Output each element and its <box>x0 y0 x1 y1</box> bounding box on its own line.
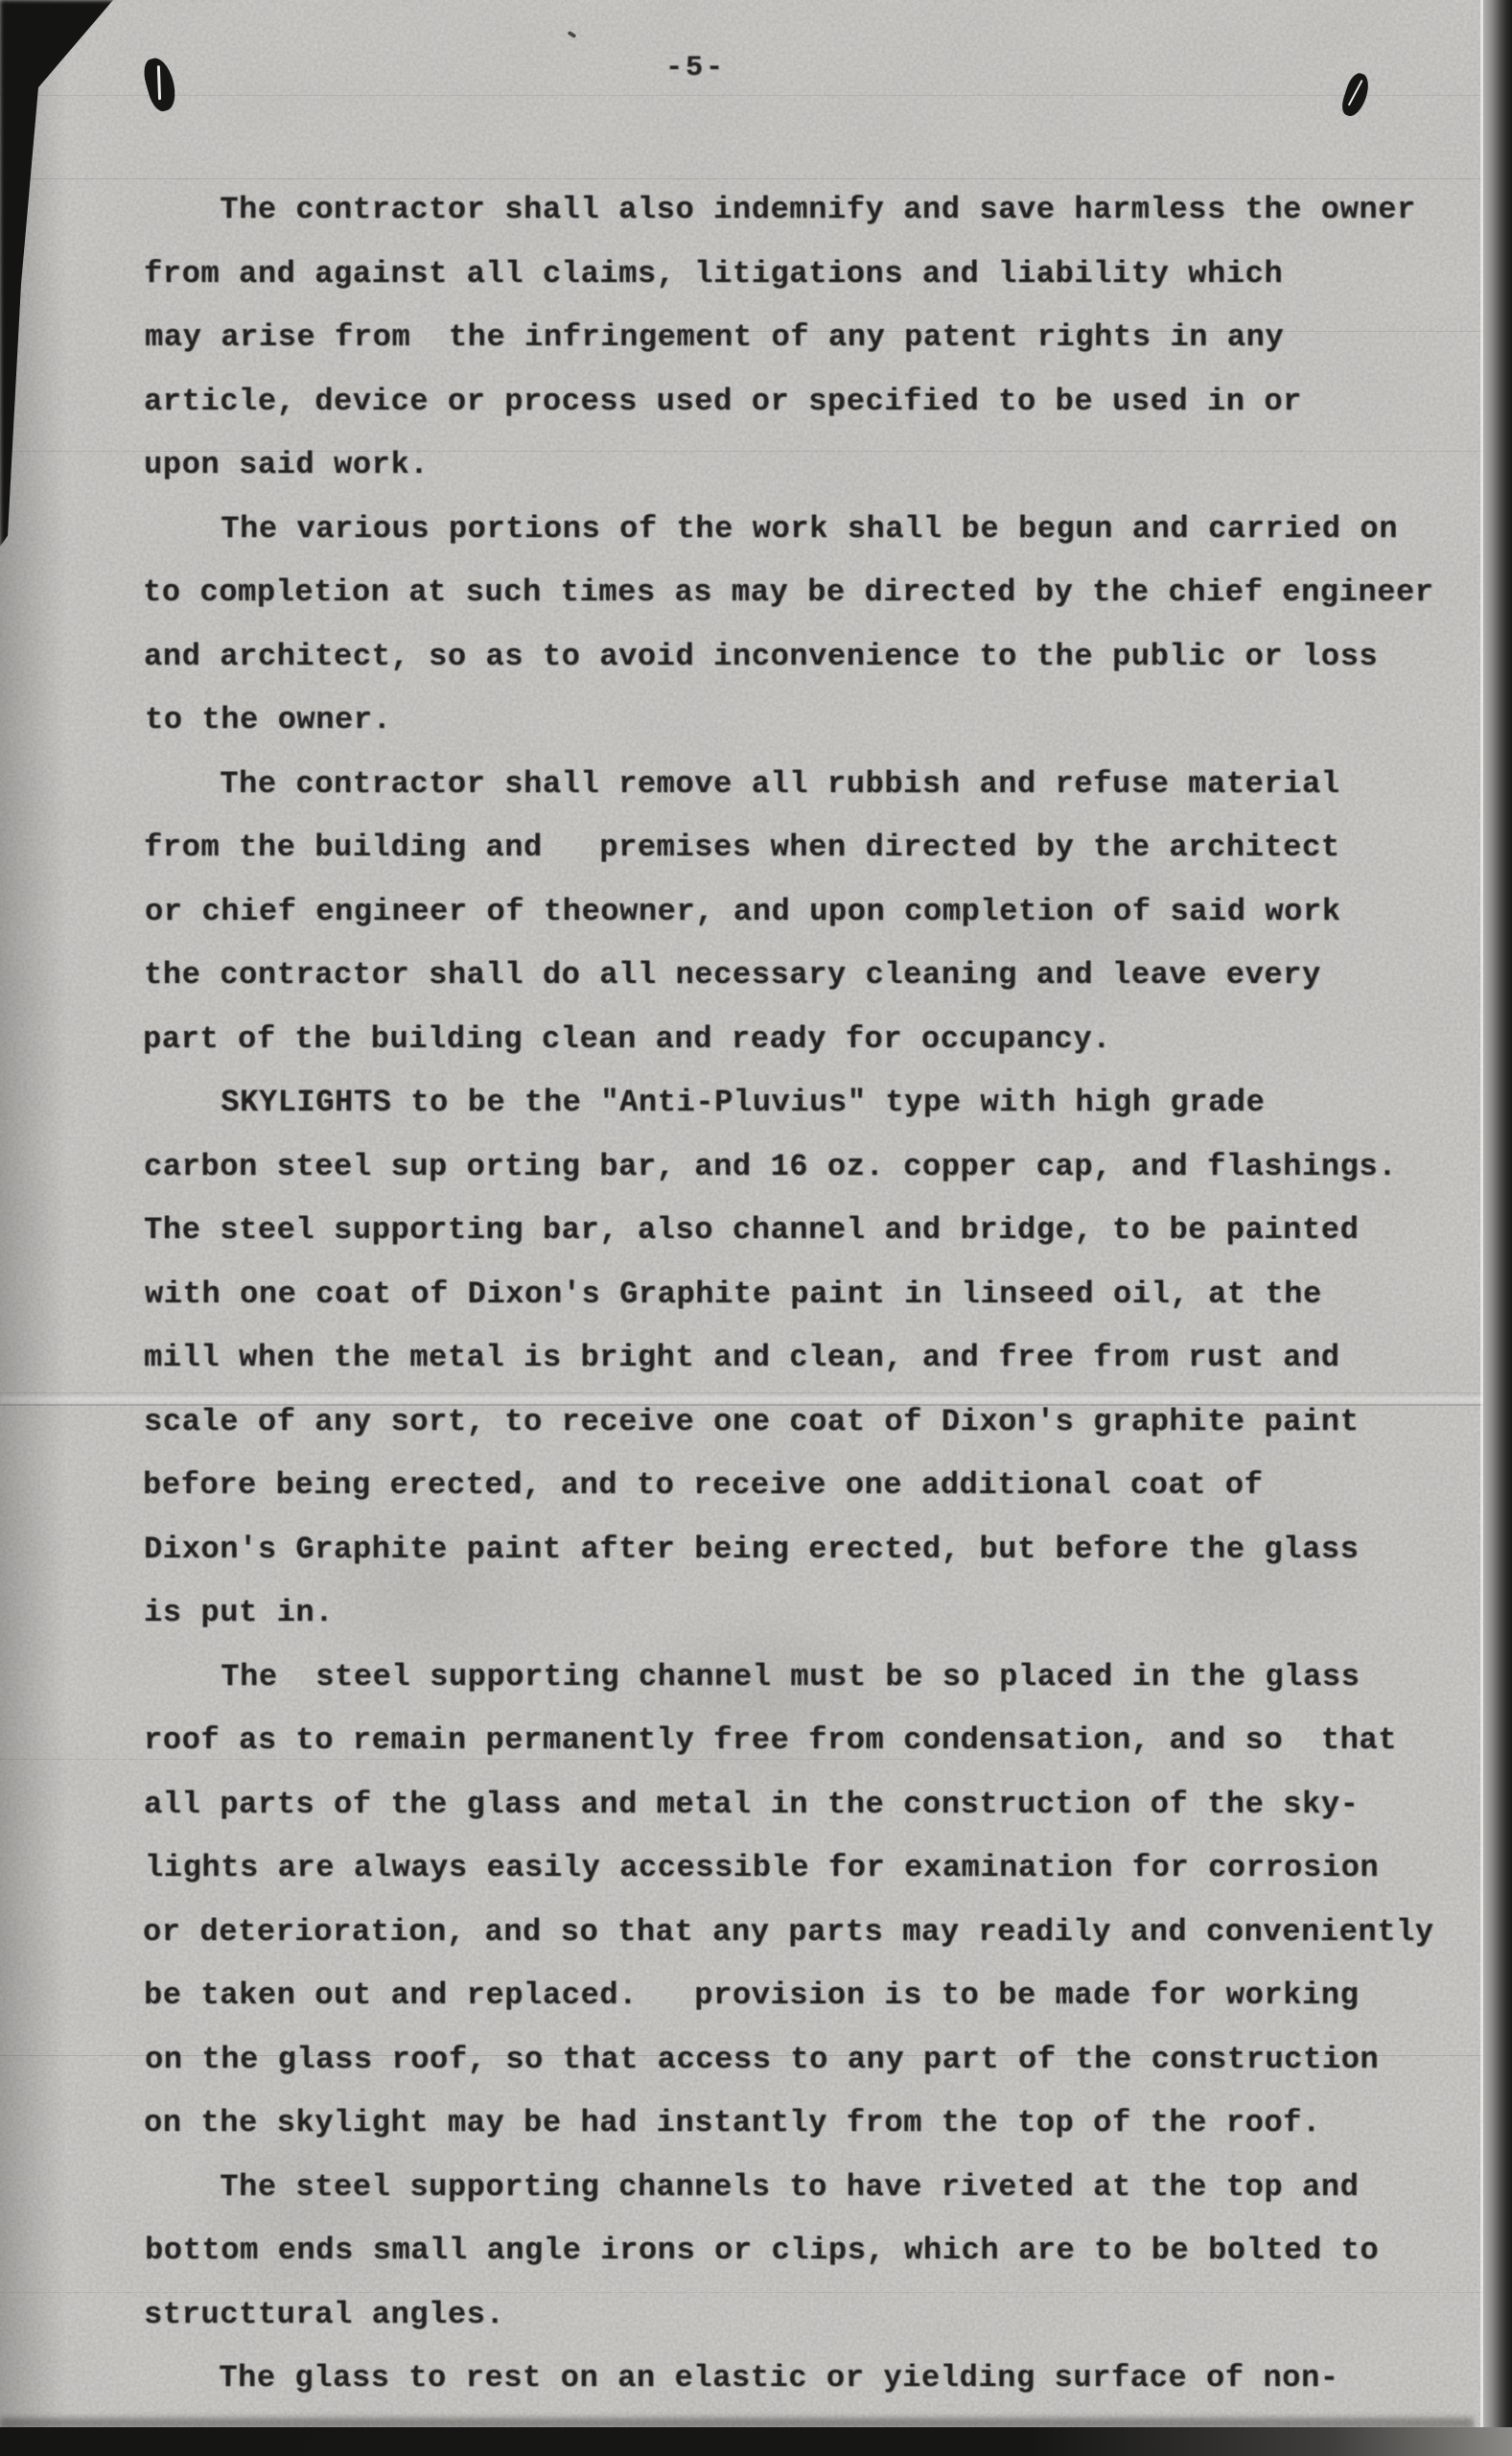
text-line: before being erected, and to receive one… <box>143 1454 1485 1518</box>
text-line: from the building and premises when dire… <box>144 816 1486 880</box>
text-line: is put in. <box>144 1581 1486 1646</box>
text-line: carbon steel sup orting bar, and 16 oz. … <box>144 1135 1486 1200</box>
page-right-edge-shadow <box>1483 0 1512 2456</box>
text-line: from and against all claims, litigations… <box>144 243 1486 307</box>
ink-blot-mark-right <box>1338 71 1372 120</box>
text-line: The contractor shall also indemnify and … <box>144 178 1486 243</box>
text-line: structtural angles. <box>144 2283 1486 2348</box>
text-line: with one coat of Dixon's Graphite paint … <box>145 1263 1487 1327</box>
ink-blot-mark-left <box>140 55 180 114</box>
text-line: and architect, so as to avoid inconvenie… <box>144 625 1486 690</box>
text-line: may arise from the infringement of any p… <box>145 306 1487 370</box>
text-line: The steel supporting channels to have ri… <box>144 2156 1486 2220</box>
text-line: the contractor shall do all necessary cl… <box>144 944 1486 1008</box>
text-line: upon said work. <box>144 433 1486 498</box>
text-line: to the owner. <box>145 689 1487 753</box>
text-line: bottom ends small angle irons or clips, … <box>145 2219 1487 2283</box>
text-line: part of the building clean and ready for… <box>143 1008 1485 1072</box>
scan-streak-line <box>0 95 1512 96</box>
text-line: on the glass roof, so that access to any… <box>145 2028 1487 2093</box>
ink-speck <box>568 31 577 38</box>
text-line: The contractor shall remove all rubbish … <box>144 753 1486 817</box>
text-line: or chief engineer of theowner, and upon … <box>145 880 1487 945</box>
text-line: or deterioration, and so that any parts … <box>143 1901 1485 1965</box>
page-number: -5- <box>665 52 726 84</box>
text-line: mill when the metal is bright and clean,… <box>144 1326 1486 1391</box>
page-left-edge-shadow <box>0 0 67 2456</box>
text-line: SKYLIGHTS to be the "Anti-Pluvius" type … <box>145 1071 1487 1135</box>
typewritten-text: The contractor shall also indemnify and … <box>144 178 1486 2411</box>
text-line: roof as to remain permanently free from … <box>144 1709 1486 1773</box>
text-line: The various portions of the work shall b… <box>145 498 1487 562</box>
text-line: on the skylight may be had instantly fro… <box>144 2092 1486 2156</box>
text-line: The steel supporting bar, also channel a… <box>144 1199 1486 1263</box>
text-line: lights are always easily accessible for … <box>145 1836 1487 1901</box>
text-line: to completion at such times as may be di… <box>143 561 1485 625</box>
text-line: all parts of the glass and metal in the … <box>144 1773 1486 1837</box>
text-line: The steel supporting channel must be so … <box>145 1646 1487 1710</box>
text-line: The glass to rest on an elastic or yield… <box>143 2347 1485 2411</box>
text-line: Dixon's Graphite paint after being erect… <box>144 1518 1486 1582</box>
text-line: scale of any sort, to receive one coat o… <box>144 1391 1486 1455</box>
page-bottom-edge-shadow <box>0 2427 1512 2456</box>
scanned-page: -5- The contractor shall also indemnify … <box>0 0 1512 2456</box>
text-line: be taken out and replaced. provision is … <box>144 1964 1486 2028</box>
text-line: article, device or process used or speci… <box>144 370 1486 434</box>
